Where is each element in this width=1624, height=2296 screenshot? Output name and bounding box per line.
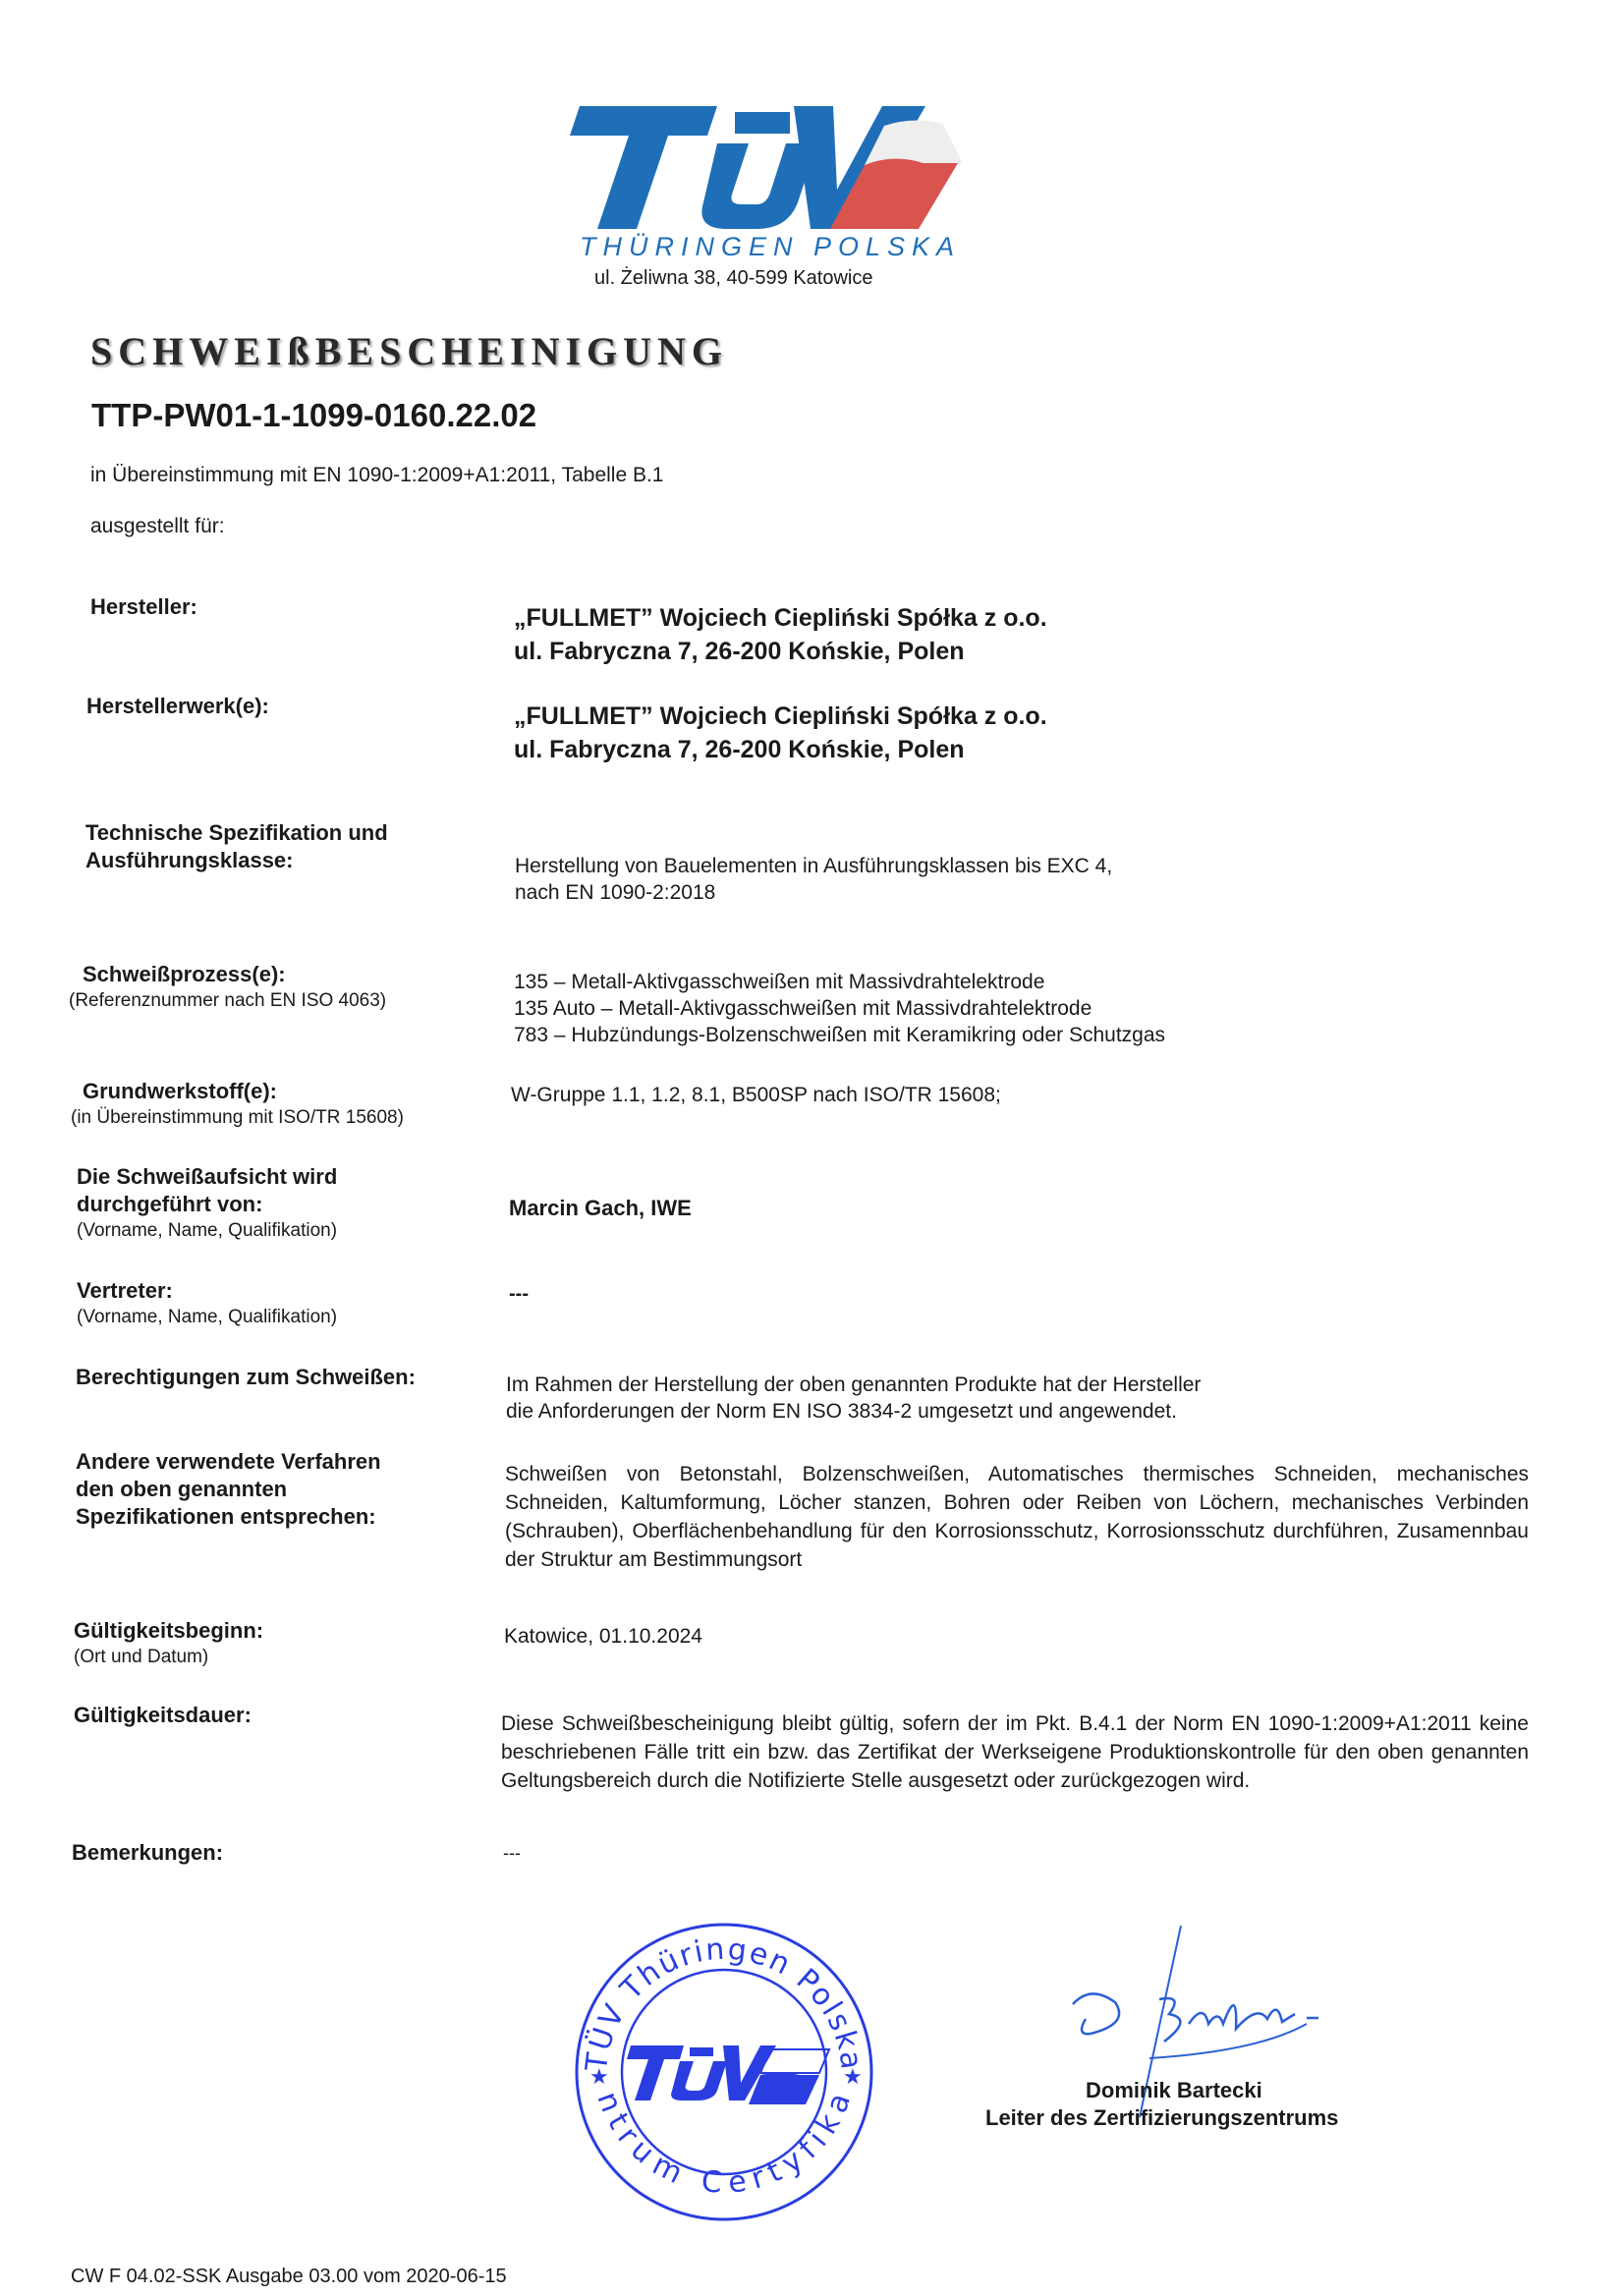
label-andere-verfahren: Andere verwendete Verfahren den oben gen… — [76, 1448, 381, 1531]
label-herstellerwerk: Herstellerwerk(e): — [86, 693, 269, 720]
value-vertreter: --- — [509, 1283, 529, 1306]
sublabel: (Vorname, Name, Qualifikation) — [77, 1305, 337, 1330]
label-line: den oben genannten — [76, 1476, 381, 1503]
issuer-address: ul. Żeliwna 38, 40-599 Katowice — [594, 267, 873, 290]
value-hersteller: „FULLMET” Wojciech Ciepliński Spółka z o… — [514, 601, 1047, 668]
signer-name: Dominik Bartecki — [1086, 2078, 1262, 2103]
signature — [1061, 1926, 1375, 2073]
label-line: Gültigkeitsbeginn: — [74, 1617, 263, 1645]
label-line: Die Schweißaufsicht wird — [77, 1163, 337, 1191]
value-grundwerkstoff: W-Gruppe 1.1, 1.2, 8.1, B500SP nach ISO/… — [511, 1082, 1001, 1108]
value-line: die Anforderungen der Norm EN ISO 3834-2… — [506, 1398, 1201, 1425]
hersteller-line: ul. Fabryczna 7, 26-200 Końskie, Polen — [514, 635, 1047, 668]
signer-title: Leiter des Zertifizierungszentrums — [985, 2105, 1338, 2131]
value-gueltigkeitsbeginn: Katowice, 01.10.2024 — [504, 1623, 702, 1650]
value-line: Herstellung von Bauelementen in Ausführu… — [515, 853, 1112, 879]
value-schweissprozess: 135 – Metall-Aktivgasschweißen mit Massi… — [514, 969, 1165, 1048]
value-line: nach EN 1090-2:2018 — [515, 879, 1112, 906]
herstellerwerk-line: „FULLMET” Wojciech Ciepliński Spółka z o… — [514, 700, 1047, 733]
label-line: Technische Spezifikation und — [85, 819, 388, 847]
value-gueltigkeitsdauer: Diese Schweißbescheinigung bleibt gültig… — [501, 1709, 1529, 1795]
label-grundwerkstoff: Grundwerkstoff(e): (in Übereinstimmung m… — [71, 1078, 404, 1131]
intro-text: in Übereinstimmung mit EN 1090-1:2009+A1… — [90, 464, 664, 487]
label-gueltigkeitsbeginn: Gültigkeitsbeginn: (Ort und Datum) — [74, 1617, 263, 1670]
value-herstellerwerk: „FULLMET” Wojciech Ciepliński Spółka z o… — [514, 700, 1047, 766]
label-schweissprozess: Schweißprozess(e): (Referenznummer nach … — [69, 961, 386, 1014]
svg-text:★: ★ — [589, 2064, 609, 2089]
value-berechtigungen: Im Rahmen der Herstellung der oben genan… — [506, 1372, 1201, 1425]
label-berechtigungen: Berechtigungen zum Schweißen: — [76, 1364, 416, 1391]
process-item: 783 – Hubzündungs-Bolzenschweißen mit Ke… — [514, 1022, 1165, 1048]
label-vertreter: Vertreter: (Vorname, Name, Qualifikation… — [77, 1277, 337, 1330]
label-gueltigkeitsdauer: Gültigkeitsdauer: — [74, 1702, 252, 1729]
sublabel: (Vorname, Name, Qualifikation) — [77, 1218, 337, 1244]
label-bemerkungen: Bemerkungen: — [72, 1839, 223, 1867]
label-line: Grundwerkstoff(e): — [71, 1078, 404, 1105]
issued-for-text: ausgestellt für: — [90, 515, 225, 538]
tuv-logo-icon — [570, 106, 973, 234]
value-spezifikation: Herstellung von Bauelementen in Ausführu… — [515, 853, 1112, 906]
label-line: Vertreter: — [77, 1277, 337, 1305]
label-line: durchgeführt von: — [77, 1191, 337, 1218]
label-line: Ausführungsklasse: — [85, 847, 388, 874]
label-hersteller: Hersteller: — [90, 593, 197, 621]
form-code-footer: CW F 04.02-SSK Ausgabe 03.00 vom 2020-06… — [71, 2266, 507, 2288]
label-line: Schweißprozess(e): — [69, 961, 386, 988]
value-line: Im Rahmen der Herstellung der oben genan… — [506, 1372, 1201, 1398]
label-line: Andere verwendete Verfahren — [76, 1448, 381, 1476]
label-spezifikation: Technische Spezifikation und Ausführungs… — [85, 819, 388, 874]
herstellerwerk-line: ul. Fabryczna 7, 26-200 Końskie, Polen — [514, 733, 1047, 766]
sublabel: (in Übereinstimmung mit ISO/TR 15608) — [71, 1105, 404, 1131]
value-bemerkungen: --- — [503, 1843, 521, 1864]
logo-subtitle: THÜRINGEN POLSKA — [580, 232, 961, 262]
label-line: Spezifikationen entsprechen: — [76, 1503, 381, 1531]
hersteller-line: „FULLMET” Wojciech Ciepliński Spółka z o… — [514, 601, 1047, 635]
sublabel: (Ort und Datum) — [74, 1645, 263, 1670]
stamp-seal-icon: TÜV Thüringen Polska Centrum Certyfikacj… — [562, 1910, 886, 2224]
process-item: 135 – Metall-Aktivgasschweißen mit Massi… — [514, 969, 1165, 995]
certificate-number: TTP-PW01-1-1099-0160.22.02 — [91, 397, 536, 434]
certification-stamp: TÜV Thüringen Polska Centrum Certyfikacj… — [562, 1910, 886, 2224]
process-item: 135 Auto – Metall-Aktivgasschweißen mit … — [514, 995, 1165, 1022]
document-title: SCHWEIßBESCHEINIGUNG — [90, 328, 728, 374]
label-aufsicht: Die Schweißaufsicht wird durchgeführt vo… — [77, 1163, 337, 1244]
sublabel: (Referenznummer nach EN ISO 4063) — [69, 988, 386, 1014]
value-andere-verfahren: Schweißen von Betonstahl, Bolzenschweiße… — [505, 1460, 1529, 1574]
value-aufsicht: Marcin Gach, IWE — [509, 1196, 692, 1221]
svg-text:★: ★ — [843, 2064, 863, 2089]
